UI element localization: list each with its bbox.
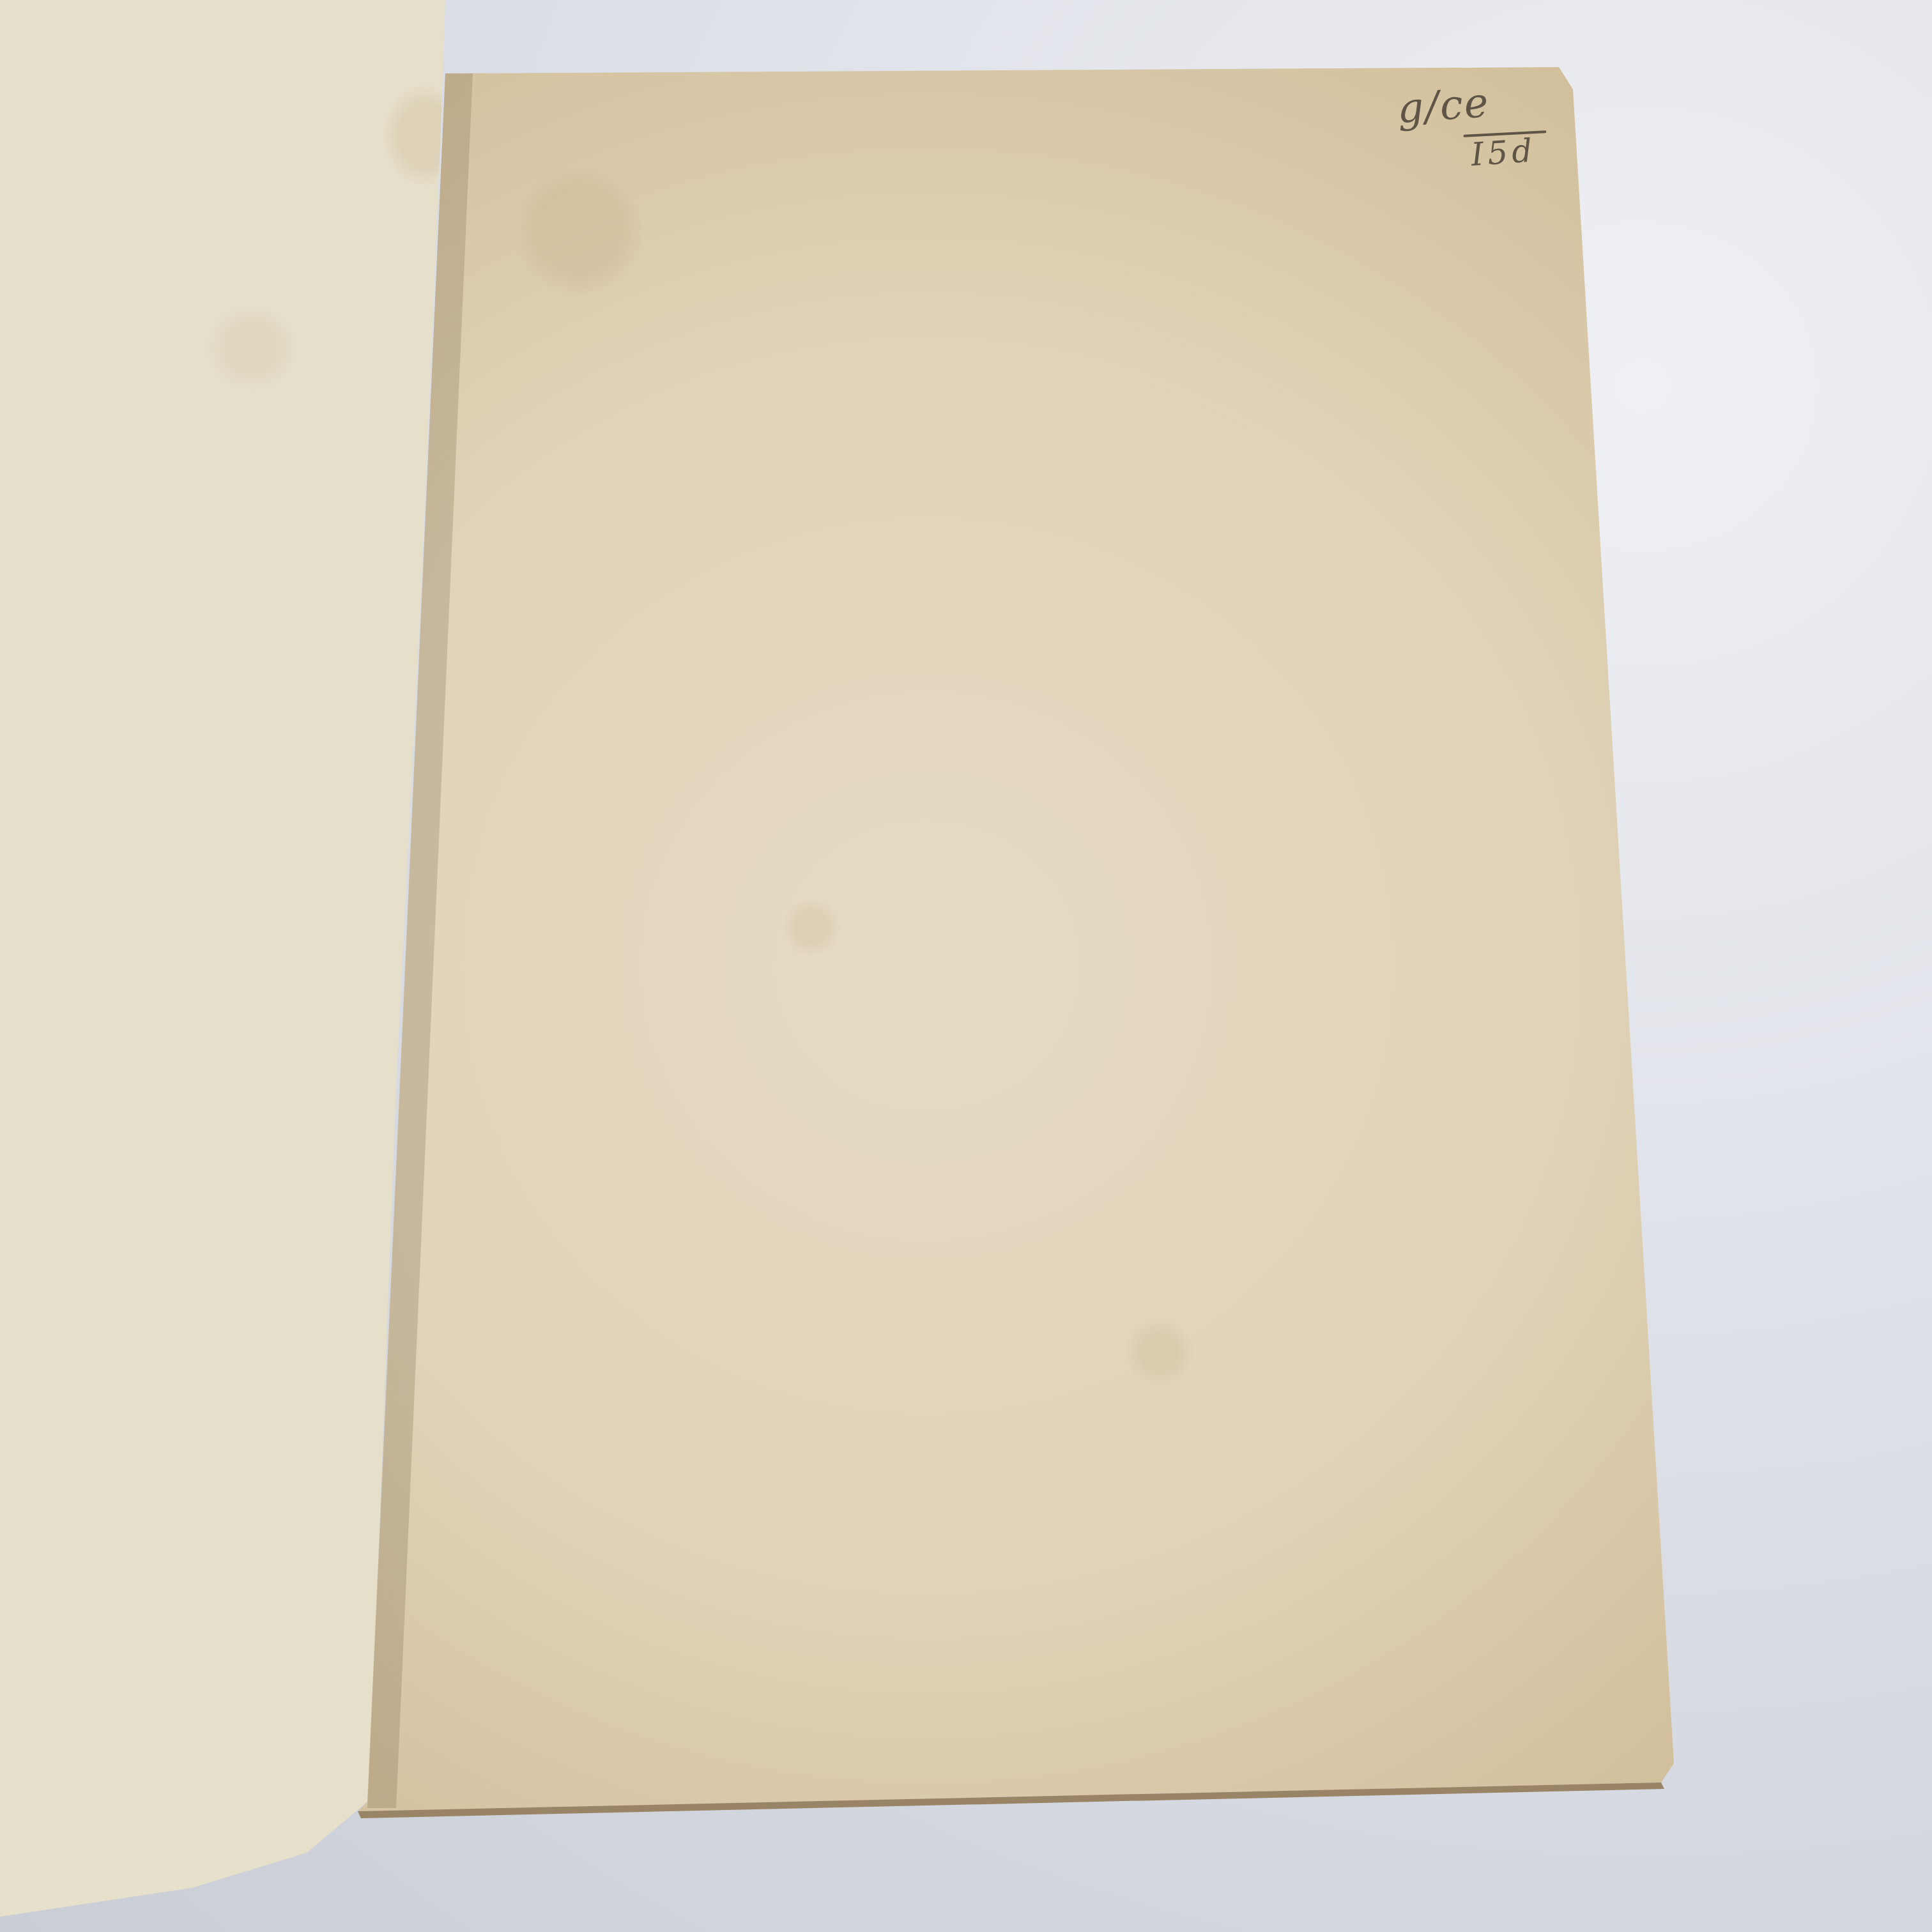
pencil-notation: g/ce I5d xyxy=(1396,77,1568,185)
pencil-note-numerator: g/ce xyxy=(1396,82,1491,130)
photo-scene: g/ce I5d xyxy=(0,0,1932,1932)
pencil-note-denominator: I5d xyxy=(1470,134,1537,171)
